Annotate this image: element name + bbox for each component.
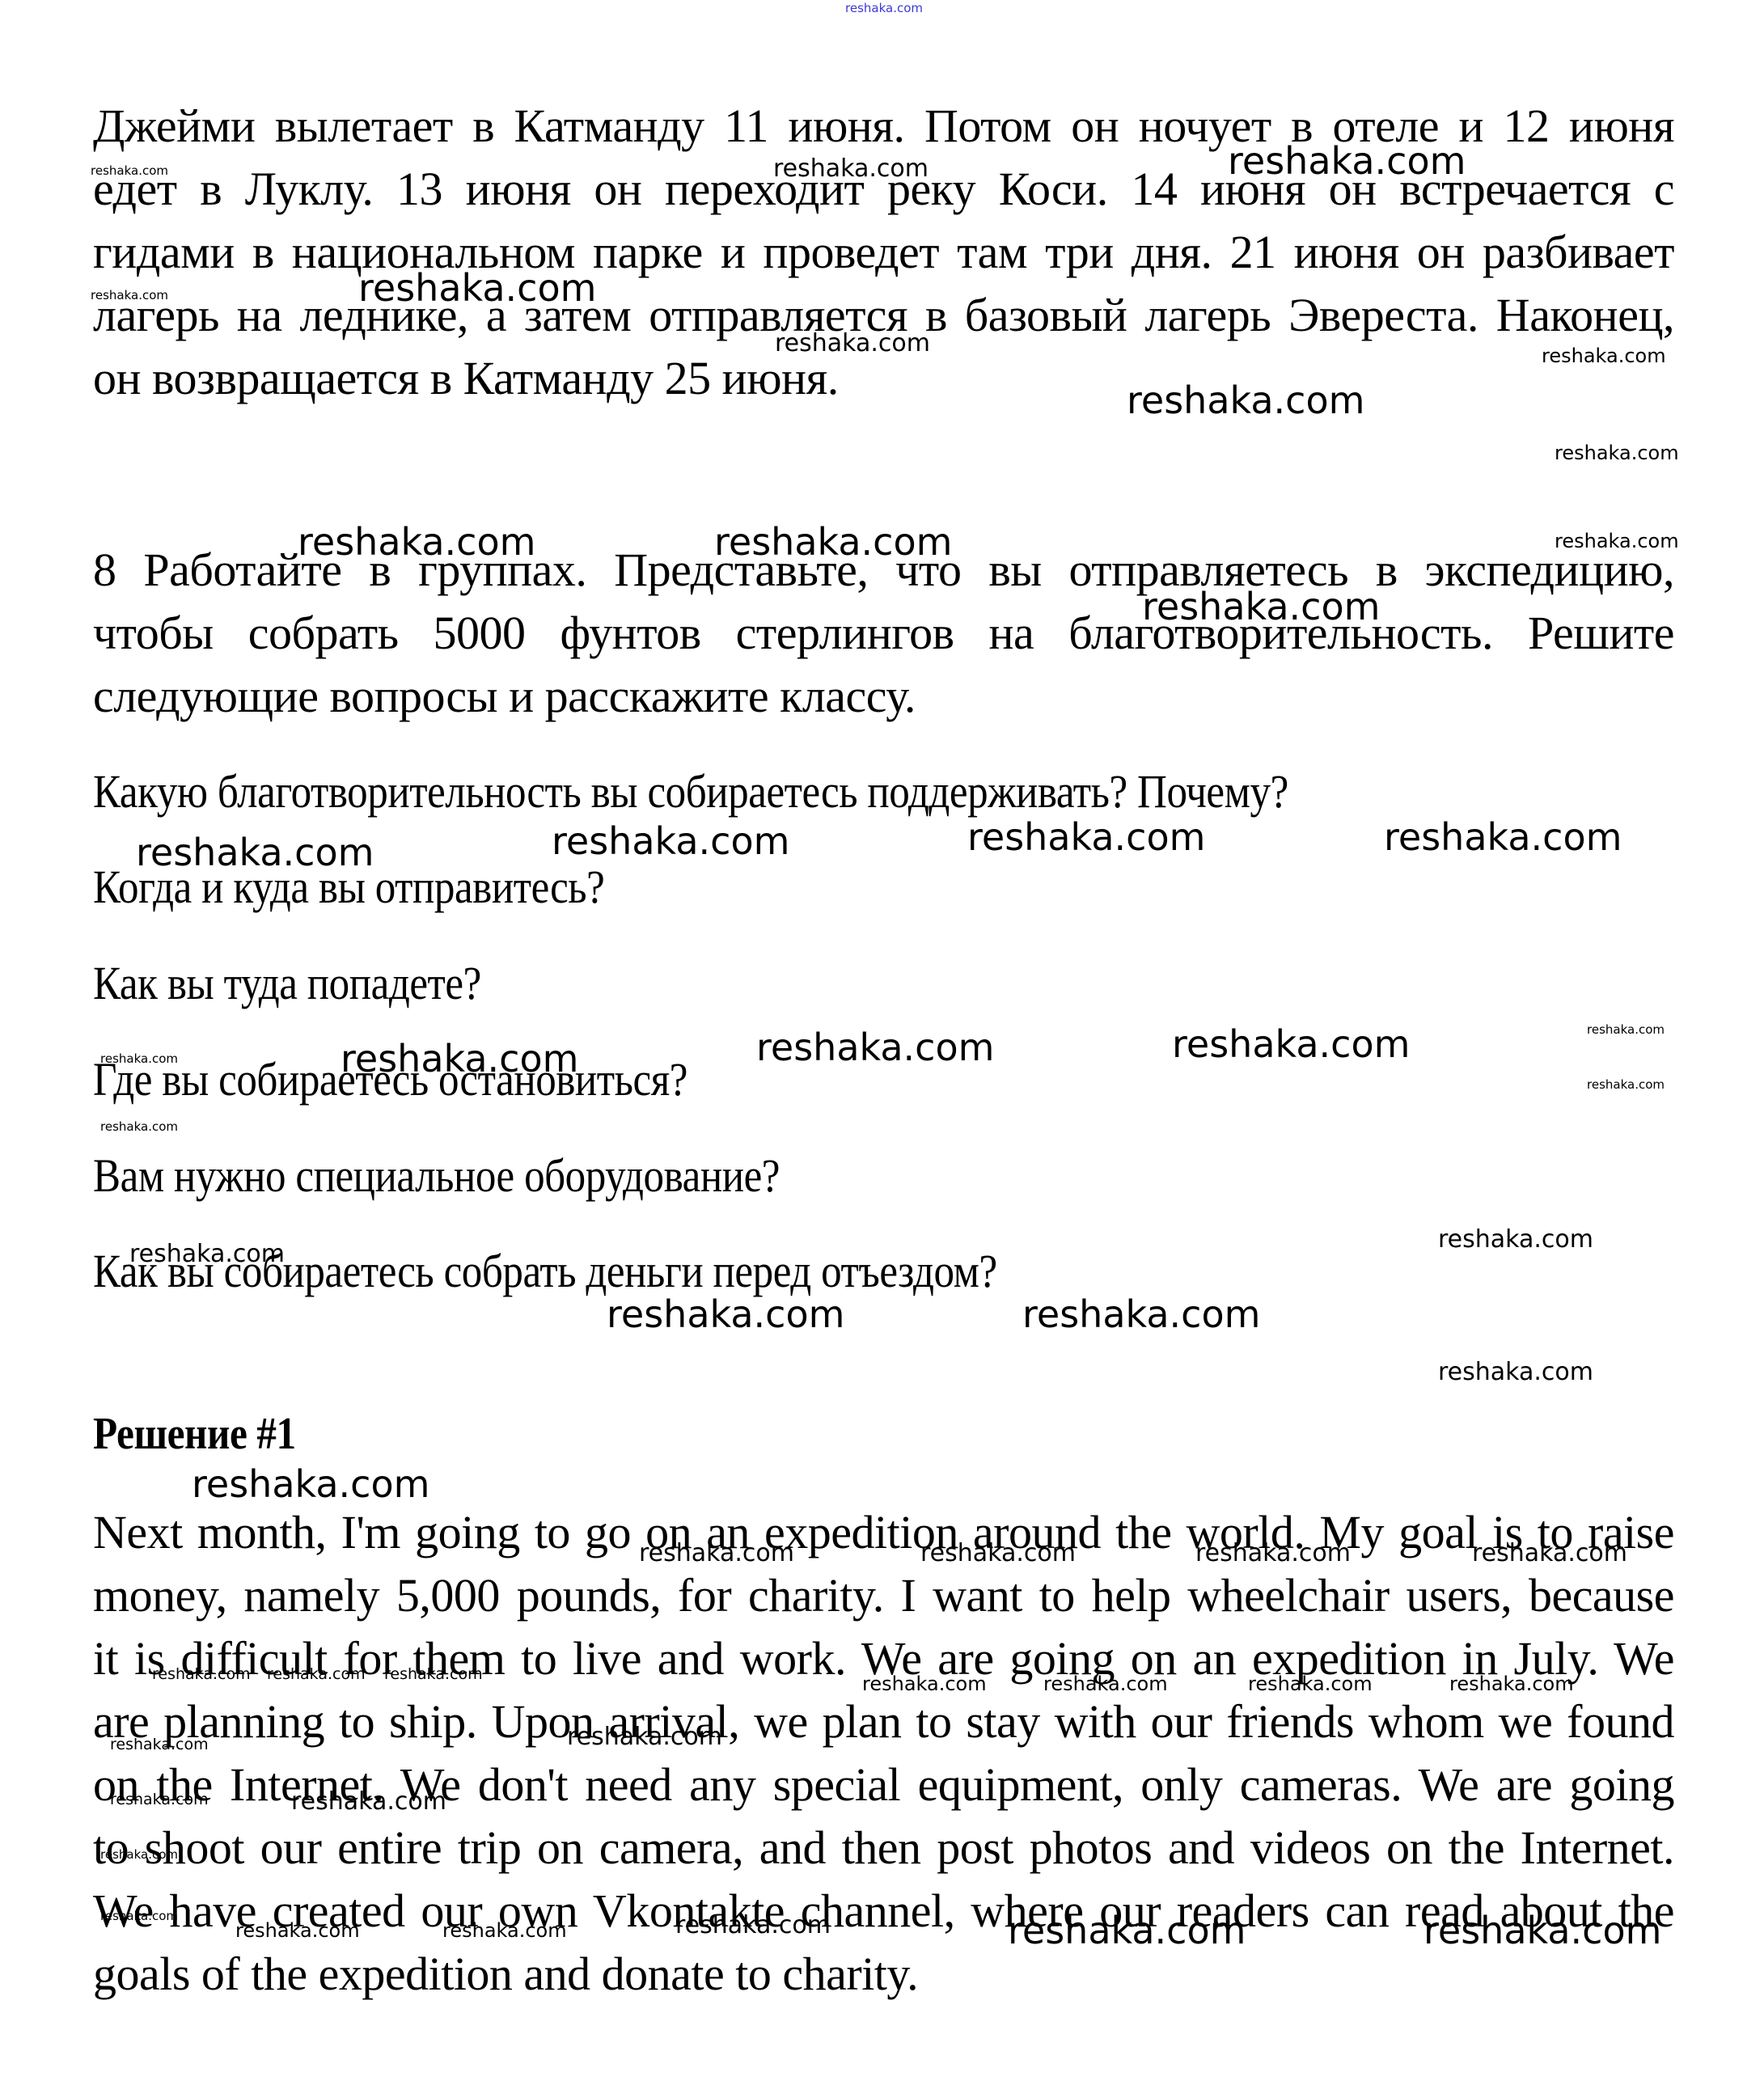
watermark: reshaka.com (91, 290, 168, 302)
watermark: reshaka.com (91, 165, 168, 177)
watermark: reshaka.com (639, 1542, 794, 1566)
watermark: reshaka.com (1438, 1228, 1593, 1252)
watermark: reshaka.com (442, 1921, 567, 1940)
watermark: reshaka.com (100, 1849, 178, 1861)
watermark: reshaka.com (675, 1914, 831, 1938)
task-8-instructions: 8 Работайте в группах. Представьте, что … (93, 539, 1674, 728)
watermark: reshaka.com (714, 523, 952, 560)
watermark: reshaka.com (1542, 346, 1666, 366)
watermark: reshaka.com (967, 818, 1205, 856)
watermark: reshaka.com (100, 1053, 178, 1065)
watermark: reshaka.com (1172, 1026, 1410, 1063)
watermark: reshaka.com (110, 1737, 209, 1753)
solution-line: are planning to ship. Upon arrival, we p… (93, 1690, 1674, 1753)
watermark: reshaka.com (1043, 1674, 1168, 1694)
watermark: reshaka.com (100, 1910, 178, 1922)
watermark: reshaka.com (1248, 1674, 1373, 1694)
document-page: reshaka.com Джейми вылетает в Катманду 1… (0, 0, 1764, 2085)
watermark: reshaka.com (862, 1674, 987, 1694)
watermark: reshaka.com (358, 269, 596, 307)
watermark: reshaka.com (110, 1792, 209, 1808)
solution-line: to shoot our entire trip on camera, and … (93, 1816, 1674, 1880)
question-charity: Какую благотворительность вы собираетесь… (93, 763, 1288, 820)
watermark: reshaka.com (1587, 1024, 1665, 1036)
watermark: reshaka.com (1195, 1542, 1351, 1566)
watermark: reshaka.com (136, 834, 374, 871)
watermark: reshaka.com (129, 1242, 285, 1267)
watermark: reshaka.com (384, 1667, 483, 1682)
watermark: reshaka.com (1555, 531, 1679, 551)
watermark: reshaka.com (192, 1465, 429, 1503)
watermark: reshaka.com (1384, 818, 1622, 856)
watermark: reshaka.com (1438, 1360, 1593, 1385)
task-line: следующие вопросы и расскажите классу. (93, 665, 1674, 728)
watermark: reshaka.com (267, 1667, 366, 1682)
watermark: reshaka.com (552, 823, 789, 860)
watermark: reshaka.com (756, 1029, 994, 1066)
watermark: reshaka.com (1022, 1296, 1260, 1333)
question-how-get-there: Как вы туда попадете? (93, 955, 481, 1012)
watermark: reshaka.com (291, 1790, 446, 1814)
watermark: reshaka.com (298, 523, 535, 560)
watermark: reshaka.com (1587, 1079, 1665, 1091)
paragraph-line: гидами в национальном парке и проведет т… (93, 221, 1674, 284)
watermark: reshaka.com (1008, 1912, 1246, 1949)
watermark: reshaka.com (1142, 588, 1380, 625)
question-equipment: Вам нужно специальное оборудование? (93, 1148, 780, 1204)
solution-line: Next month, I'm going to go on an expedi… (93, 1501, 1674, 1564)
watermark: reshaka.com (1127, 382, 1364, 419)
watermark: reshaka.com (152, 1667, 251, 1682)
task-line: чтобы собрать 5000 фунтов стерлингов на … (93, 602, 1674, 665)
watermark: reshaka.com (1423, 1912, 1661, 1949)
watermark: reshaka.com (100, 1121, 178, 1133)
watermark: reshaka.com (775, 332, 930, 356)
watermark: reshaka.com (920, 1542, 1076, 1566)
watermark: reshaka.com (1449, 1674, 1574, 1694)
watermark: reshaka.com (607, 1296, 844, 1333)
watermark: reshaka.com (1555, 443, 1679, 463)
header-watermark-link[interactable]: reshaka.com (845, 1, 923, 15)
watermark: reshaka.com (341, 1040, 578, 1077)
solution-heading: Решение #1 (93, 1406, 296, 1462)
solution-line: money, namely 5,000 pounds, for charity.… (93, 1564, 1674, 1627)
watermark: reshaka.com (567, 1725, 722, 1749)
watermark: reshaka.com (1228, 142, 1466, 180)
watermark: reshaka.com (773, 157, 929, 181)
watermark: reshaka.com (235, 1921, 360, 1940)
watermark: reshaka.com (1472, 1542, 1627, 1566)
